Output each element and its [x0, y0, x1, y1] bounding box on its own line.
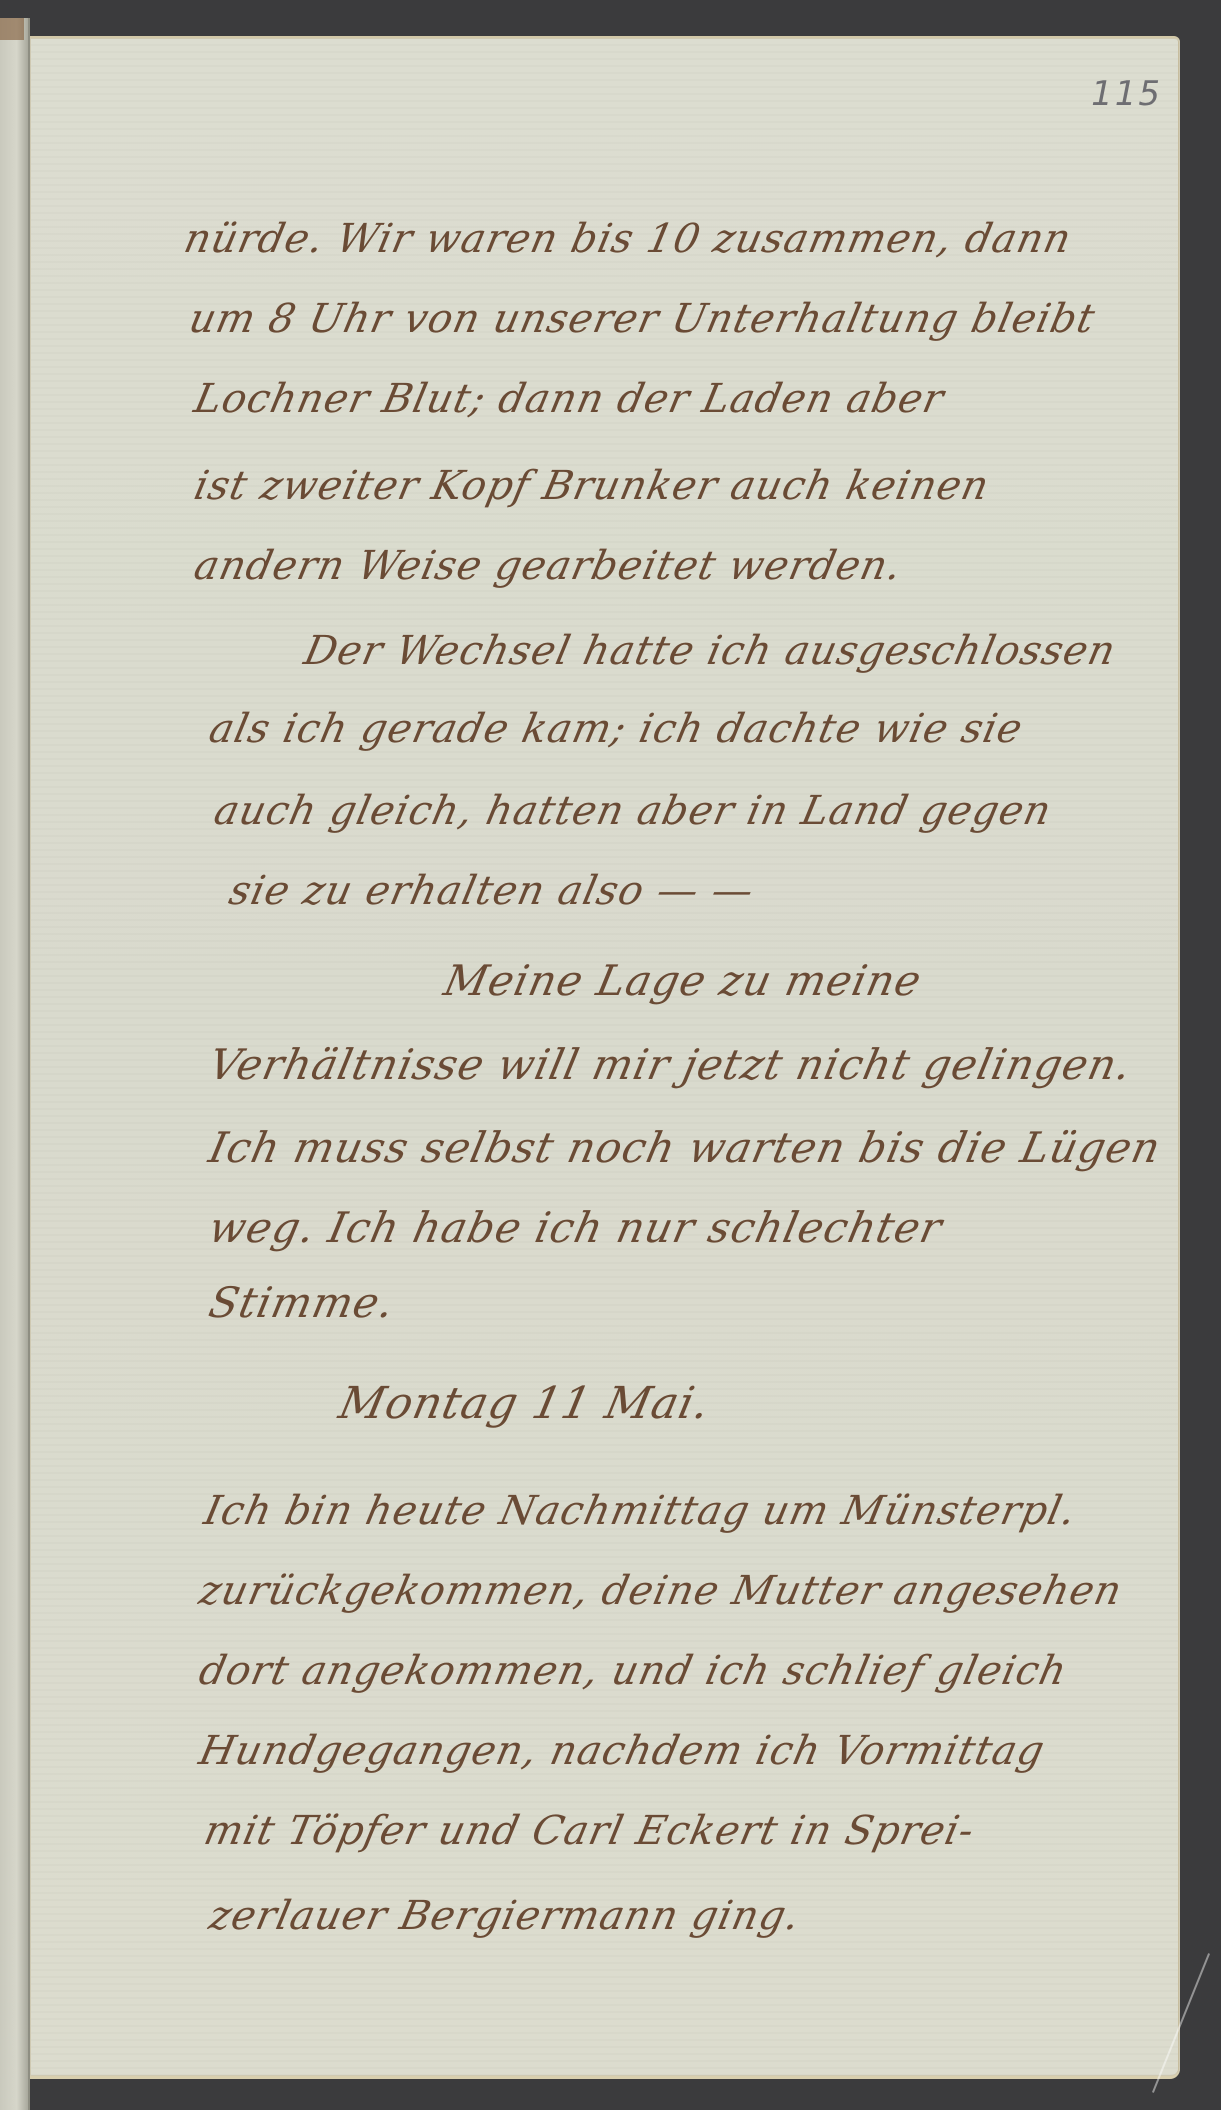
text-line: sie zu erhalten also — —: [225, 868, 758, 914]
text-line: um 8 Uhr von unserer Unterhaltung bleibt: [185, 296, 1099, 342]
text-line: Verhältnisse will mir jetzt nicht geling…: [205, 1040, 1137, 1089]
text-line: zurückgekommen, deine Mutter angesehen: [195, 1568, 1126, 1614]
text-line: nürde. Wir waren bis 10 zusammen, dann: [180, 216, 1076, 262]
text-line: Ich muss selbst noch warten bis die Lüge…: [205, 1123, 1166, 1172]
text-line: weg. Ich habe ich nur schlechter: [205, 1203, 947, 1252]
facing-page-edge: [0, 18, 30, 2110]
entry-date-heading: Montag 11 Mai.: [335, 1378, 715, 1429]
text-line: zerlauer Bergiermann ging.: [205, 1893, 804, 1939]
folio-number: 115: [1091, 74, 1162, 114]
text-line: dort angekommen, und ich schlief gleich: [195, 1648, 1071, 1694]
text-line: Meine Lage zu meine: [440, 956, 927, 1005]
text-line: ist zweiter Kopf Brunker auch keinen: [190, 463, 993, 509]
binding-thread: [0, 18, 24, 40]
text-line: als ich gerade kam; ich dachte wie sie: [205, 706, 1027, 752]
text-line: Der Wechsel hatte ich ausgeschlossen: [300, 628, 1120, 674]
text-line: Lochner Blut; dann der Laden aber: [190, 376, 948, 422]
text-line: auch gleich, hatten aber in Land gegen: [210, 788, 1056, 834]
text-line: Stimme.: [205, 1278, 399, 1327]
text-line: mit Töpfer und Carl Eckert in Sprei-: [200, 1808, 979, 1854]
text-line: Hundgegangen, nachdem ich Vormittag: [195, 1728, 1049, 1774]
manuscript-page: 115 nürde. Wir waren bis 10 zusammen, da…: [30, 36, 1180, 2079]
text-line: Ich bin heute Nachmittag um Münsterpl.: [200, 1488, 1080, 1534]
text-line: andern Weise gearbeitet werden.: [190, 543, 906, 589]
paper-crease: [1152, 1953, 1210, 2093]
